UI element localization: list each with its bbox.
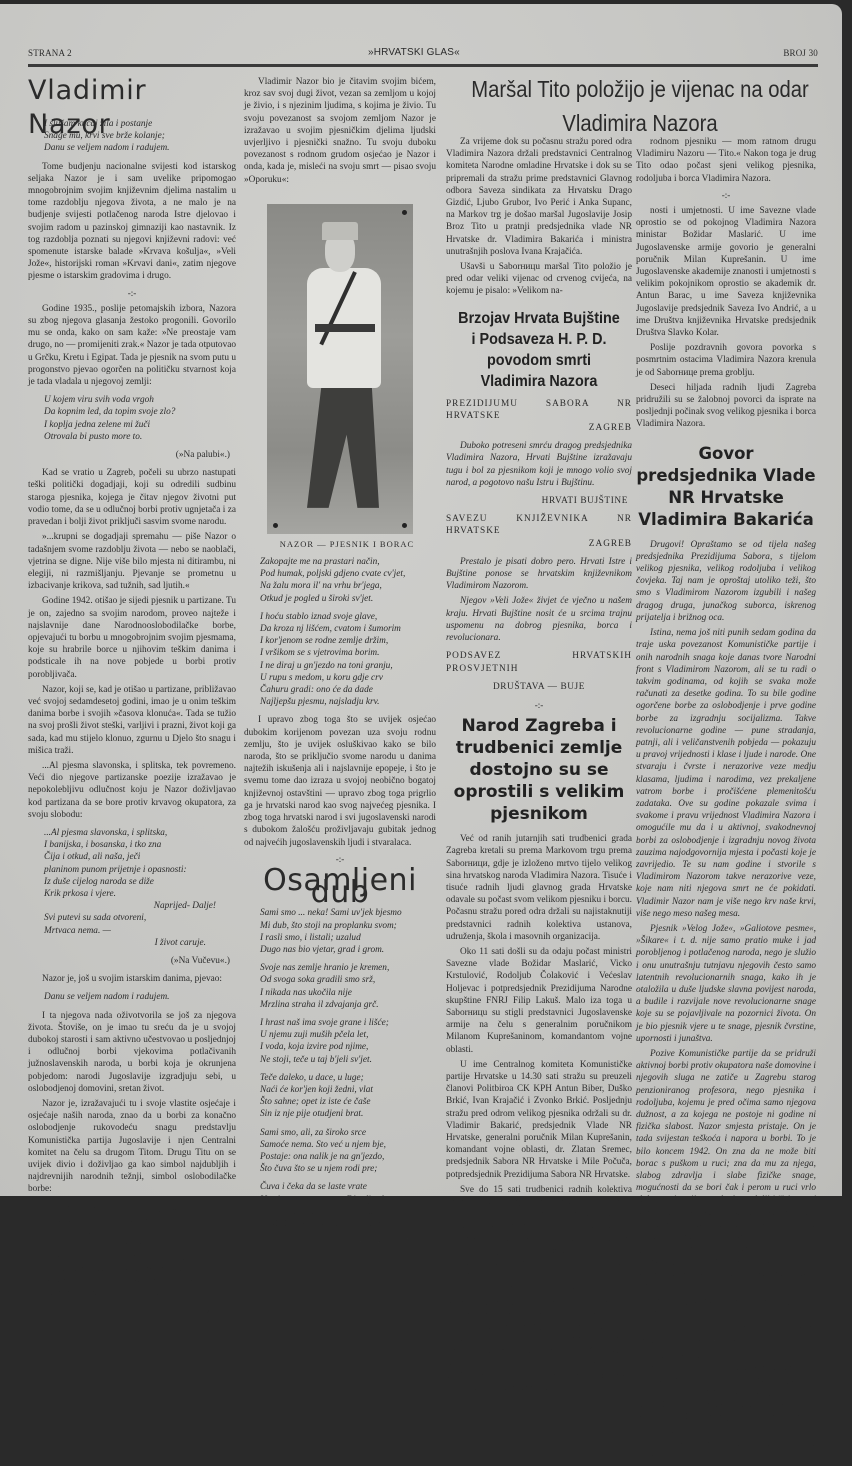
verse-line: Mrzlina straha il zdvajanja grč.: [260, 999, 436, 1011]
poem-stanza: Sami smo, ali, za široko srce Samoće nem…: [260, 1127, 436, 1176]
telegram-address: PREZIDIJUMU SABORA NR HRVATSKE: [446, 398, 632, 422]
verse-line: ...Al pjesma slavonska, i splitska,: [44, 827, 236, 839]
verse-line: Svi putevi su sada otvoreni,: [44, 912, 236, 924]
poem-stanza: Sami smo ... neka! Sami uv'jek bjesmo Mi…: [260, 907, 436, 956]
paragraph: Ušavši u Saborницu maršal Tito položio j…: [446, 261, 632, 298]
article-vladimir-nazor: I slušam kucaj žila i postanje Snage mu,…: [28, 112, 236, 1200]
photo-corner-dot: [402, 210, 407, 215]
verse-line: Otrovala bi pusto more to.: [44, 431, 236, 443]
telegram-text: Njegov »Veli Jože« živjet će vječno u na…: [446, 595, 632, 644]
photo-nazor: [267, 204, 413, 534]
verse-line: I hoću stablo iznad svoje glave,: [260, 611, 436, 623]
paragraph: U ime Centralnog komiteta Komunističke p…: [446, 1059, 632, 1181]
paragraph: Za vrijeme dok su počasnu stražu pored o…: [446, 136, 632, 258]
verse-line: Danu se veljem nadom i radujem.: [44, 142, 236, 154]
verse-line: Čahuru gradi: ono će da dade: [260, 684, 436, 696]
page-number: STRANA 2: [28, 48, 72, 58]
verse-line: Pod humak, poljski gdjeno cvate cv'jet,: [260, 568, 436, 580]
verse-line: I koplja jedna zelene mi žuči: [44, 419, 236, 431]
photo-corner-dot: [273, 523, 278, 528]
paragraph: I upravo zbog toga što se uvijek osjećao…: [244, 714, 436, 848]
telegram-signature: PODSAVEZ HRVATSKIH PROSVJETNIH: [446, 650, 632, 674]
paragraph-text: Vladimir Nazor bio je čitavim svojim bić…: [244, 77, 436, 185]
verse-source: (»Na palubi«.): [28, 449, 230, 461]
paragraph: Nazor, koji se, kad je otišao u partizan…: [28, 684, 236, 757]
verse-line: Ne stoji, teče u taj b'jeli sv'jet.: [260, 1054, 436, 1066]
verse-line: Naći će kor'jen koji žedni, vlat: [260, 1084, 436, 1096]
verse-block: ...Al pjesma slavonska, i splitska, I ba…: [44, 827, 236, 949]
verse-line: Što sahne; opet iz iste će čaše: [260, 1096, 436, 1108]
speech-paragraph: Drugovi! Opraštamo se od tijela našeg pr…: [636, 539, 816, 624]
telegram-signature: DRUŠTAVA — BUJE: [450, 681, 628, 693]
photo-corner-dot: [402, 523, 407, 528]
speech-paragraph: Pjesnik »Velog Jože«, »Galiotove pesme«,…: [636, 923, 816, 1045]
paragraph: ...Al pjesma slavonska, i splitska, tek …: [28, 760, 236, 821]
verse-line: I hrast naš ima svoje grane i lišće;: [260, 1017, 436, 1029]
verse-line: Sami smo, ali, za široko srce: [260, 1127, 436, 1139]
paragraph: Oko 11 sati došli su da odaju počast min…: [446, 946, 632, 1056]
article-continuation-and-poem: Vladimir Nazor bio je čitavim svojim bić…: [244, 76, 436, 1200]
paragraph: I ta njegova nada oživotvorila se još za…: [28, 1010, 236, 1095]
masthead-rule: [28, 64, 818, 67]
paragraph: Nazor je, još u svojim istarskim danima,…: [28, 973, 236, 985]
newspaper-title: »HRVATSKI GLAS«: [368, 47, 460, 58]
article-tito-wreath: Za vrijeme dok su počasnu stražu pored o…: [446, 136, 632, 1200]
telegram-address-city: ZAGREB: [446, 422, 632, 434]
poem-stanza: Čuva i čeka da se laste vrate Uz pjesme …: [260, 1181, 436, 1200]
poem-stanza: I hrast naš ima svoje grane i lišće; U n…: [260, 1017, 436, 1066]
verse-line: Mrtvaca nema. —: [44, 925, 236, 937]
telegram-text: Prestalo je pisati dobro pero. Hrvati Is…: [446, 556, 632, 593]
telegram-address-city: ZAGREB: [446, 538, 632, 550]
verse-line: Zakopajte me na prastari način,: [260, 556, 436, 568]
verse-line: Sami smo ... neka! Sami uv'jek bjesmo: [260, 907, 436, 919]
figure-belt: [315, 324, 375, 332]
paragraph: Poslije pozdravnih govora povorka s posm…: [636, 342, 816, 379]
verse-line: Svoje nas zemlje hranio je kremen,: [260, 962, 436, 974]
headline-narod-zagreba: Narod Zagreba i trudbenici zemlje dostoj…: [446, 715, 632, 825]
issue-number: BROJ 30: [783, 48, 818, 58]
telegram-address: SAVEZU KNJIŽEVNIKA NR HRVATSKE: [446, 513, 632, 537]
verse-source: (»Na Vučevu«.): [28, 955, 230, 967]
telegram-text: Duboko potreseni smrću dragog predsjedni…: [446, 440, 632, 489]
separator: -:-: [446, 699, 632, 711]
verse-line: Naprijed- Dalje!: [44, 900, 236, 912]
verse-line: I ne diraj u gn'jezdo na toni granju,: [260, 660, 436, 672]
verse-line: I život caruje.: [44, 937, 236, 949]
verse-block: I slušam kucaj žila i postanje Snage mu,…: [44, 118, 236, 155]
article-bakaric-speech: rodnom pjesniku — mom ratnom drugu Vladi…: [636, 136, 816, 1200]
newspaper-page: STRANA 2 »HRVATSKI GLAS« BROJ 30 Vladimi…: [0, 4, 842, 1196]
paragraph: Godine 1935., poslije petomajskih izbora…: [28, 303, 236, 388]
verse-line: Postaje: ona nalik je na gn'jezdo,: [260, 1151, 436, 1163]
verse-line: I voda, koja izvire pod njime,: [260, 1041, 436, 1053]
verse-line: I banijska, i bosanska, i tko zna: [44, 839, 236, 851]
verse-line: Čija i otkud, ali naša, ječi: [44, 851, 236, 863]
paragraph: nosti i umjetnosti. U ime Savezne vlade …: [636, 205, 816, 339]
verse-line: Da kroza nj lišćem, cvatom i šumorim: [260, 623, 436, 635]
paragraph: Kad se vratio u Zagreb, počeli su ubrzo …: [28, 467, 236, 528]
verse-line: Najljepšu pjesmu, najsladju krv.: [260, 696, 436, 708]
masthead: STRANA 2 »HRVATSKI GLAS« BROJ 30: [28, 48, 818, 64]
headline-govor-bakarica: Govor predsjednika Vlade NR Hrvatske Vla…: [636, 443, 816, 531]
verse-line: Dugo nas bio vjetar, grad i grom.: [260, 944, 436, 956]
figure-legs: [307, 386, 379, 508]
verse-line: planinom punom prijetnje i opasnosti:: [44, 864, 236, 876]
paragraph: rodnom pjesniku — mom ratnom drugu Vladi…: [636, 136, 816, 185]
verse-line: I rasli smo, i listali; uzalud: [260, 932, 436, 944]
verse-line: I nikada nas ukočila nije: [260, 987, 436, 999]
verse-line: Danu se veljem nadom i radujem.: [44, 991, 236, 1003]
verse-line: Iz duše cijelog naroda se diže: [44, 876, 236, 888]
paragraph: Tome budjenju nacionalne svijesti kod is…: [28, 161, 236, 283]
verse-line: U rupu s medom, u koru gdje crv: [260, 672, 436, 684]
speech-paragraph: Istina, nema još niti punih sedam godina…: [636, 627, 816, 920]
verse-line: Što čuva što se u njem rodi pre;: [260, 1163, 436, 1175]
verse-line: Otkud je pogled u široki sv'jet.: [260, 593, 436, 605]
verse-line: Sin iz nje pije otudjeni brat.: [260, 1108, 436, 1120]
verse-line: U njemu zuji muših pčela let,: [260, 1029, 436, 1041]
verse-line: Krik prkosa i vjere.: [44, 888, 236, 900]
verse-block: Zakopajte me na prastari način, Pod huma…: [260, 556, 436, 605]
verse-line: Da kopnim led, da topim svoje zlo?: [44, 406, 236, 418]
verse-line: I vršikom se s vjetrovima borim.: [260, 647, 436, 659]
paragraph: Već od ranih jutarnjih sati trudbenici g…: [446, 833, 632, 943]
telegram-signature: HRVATI BUJŠTINE: [450, 495, 628, 507]
paragraph: Vladimir Nazor bio je čitavim svojim bić…: [244, 76, 436, 186]
verse-line: Snage mu, krvi sve brže kolanje;: [44, 130, 236, 142]
verse-line: Od svoga soka gradili smo srž,: [260, 974, 436, 986]
verse-block: Danu se veljem nadom i radujem.: [44, 991, 236, 1003]
verse-line: I slušam kucaj žila i postanje: [44, 118, 236, 130]
figure-cap: [322, 222, 358, 240]
paragraph: Godine 1942. otišao je sijedi pjesnik u …: [28, 595, 236, 680]
poem-title-osamljeni-dub: Osamljeni dub: [244, 875, 436, 899]
paragraph: Deseci hiljada radnih ljudi Zagreba prid…: [636, 382, 816, 431]
separator: -:-: [28, 287, 236, 299]
verse-line: Uz pjesme novu, u nov Djurdjevdan.: [260, 1194, 436, 1200]
photo-caption: NAZOR — PJESNIK I BORAC: [244, 538, 436, 550]
verse-line: U kojem viru svih voda vrgoh: [44, 394, 236, 406]
verse-line: Čuva i čeka da se laste vrate: [260, 1181, 436, 1193]
poem-stanza: Teče daleko, u dace, u luge; Naći će kor…: [260, 1072, 436, 1121]
paragraph: Sve do 15 sati trudbenici radnih kolekti…: [446, 1184, 632, 1200]
paragraph: Nazor je, izražavajući tu i svoje vlasti…: [28, 1098, 236, 1196]
verse-line: Samoće nema. Sto već u njem bje,: [260, 1139, 436, 1151]
verse-line: Teče daleko, u dace, u luge;: [260, 1072, 436, 1084]
verse-line: Na žalu mora il' na vrhu br'jega,: [260, 580, 436, 592]
separator: -:-: [636, 189, 816, 201]
verse-line: I kor'jenom se rodne zemlje držim,: [260, 635, 436, 647]
speech-paragraph: Pozive Komunističke partije da se pridru…: [636, 1048, 816, 1200]
headline-marsal-tito: Maršal Tito položijo je vijenac na odar …: [468, 72, 811, 140]
poem-stanza: Svoje nas zemlje hranio je kremen, Od sv…: [260, 962, 436, 1011]
verse-block: U kojem viru svih voda vrgoh Da kopnim l…: [44, 394, 236, 443]
headline-brzojav: Brzojav Hrvata Bujštine i Podsaveza H. P…: [455, 308, 622, 392]
paragraph: »...krupni se dogadjaji spremahu — piše …: [28, 531, 236, 592]
verse-line: Mi dub, što stoji na proplanku svom;: [260, 920, 436, 932]
verse-block: I hoću stablo iznad svoje glave, Da kroz…: [260, 611, 436, 709]
